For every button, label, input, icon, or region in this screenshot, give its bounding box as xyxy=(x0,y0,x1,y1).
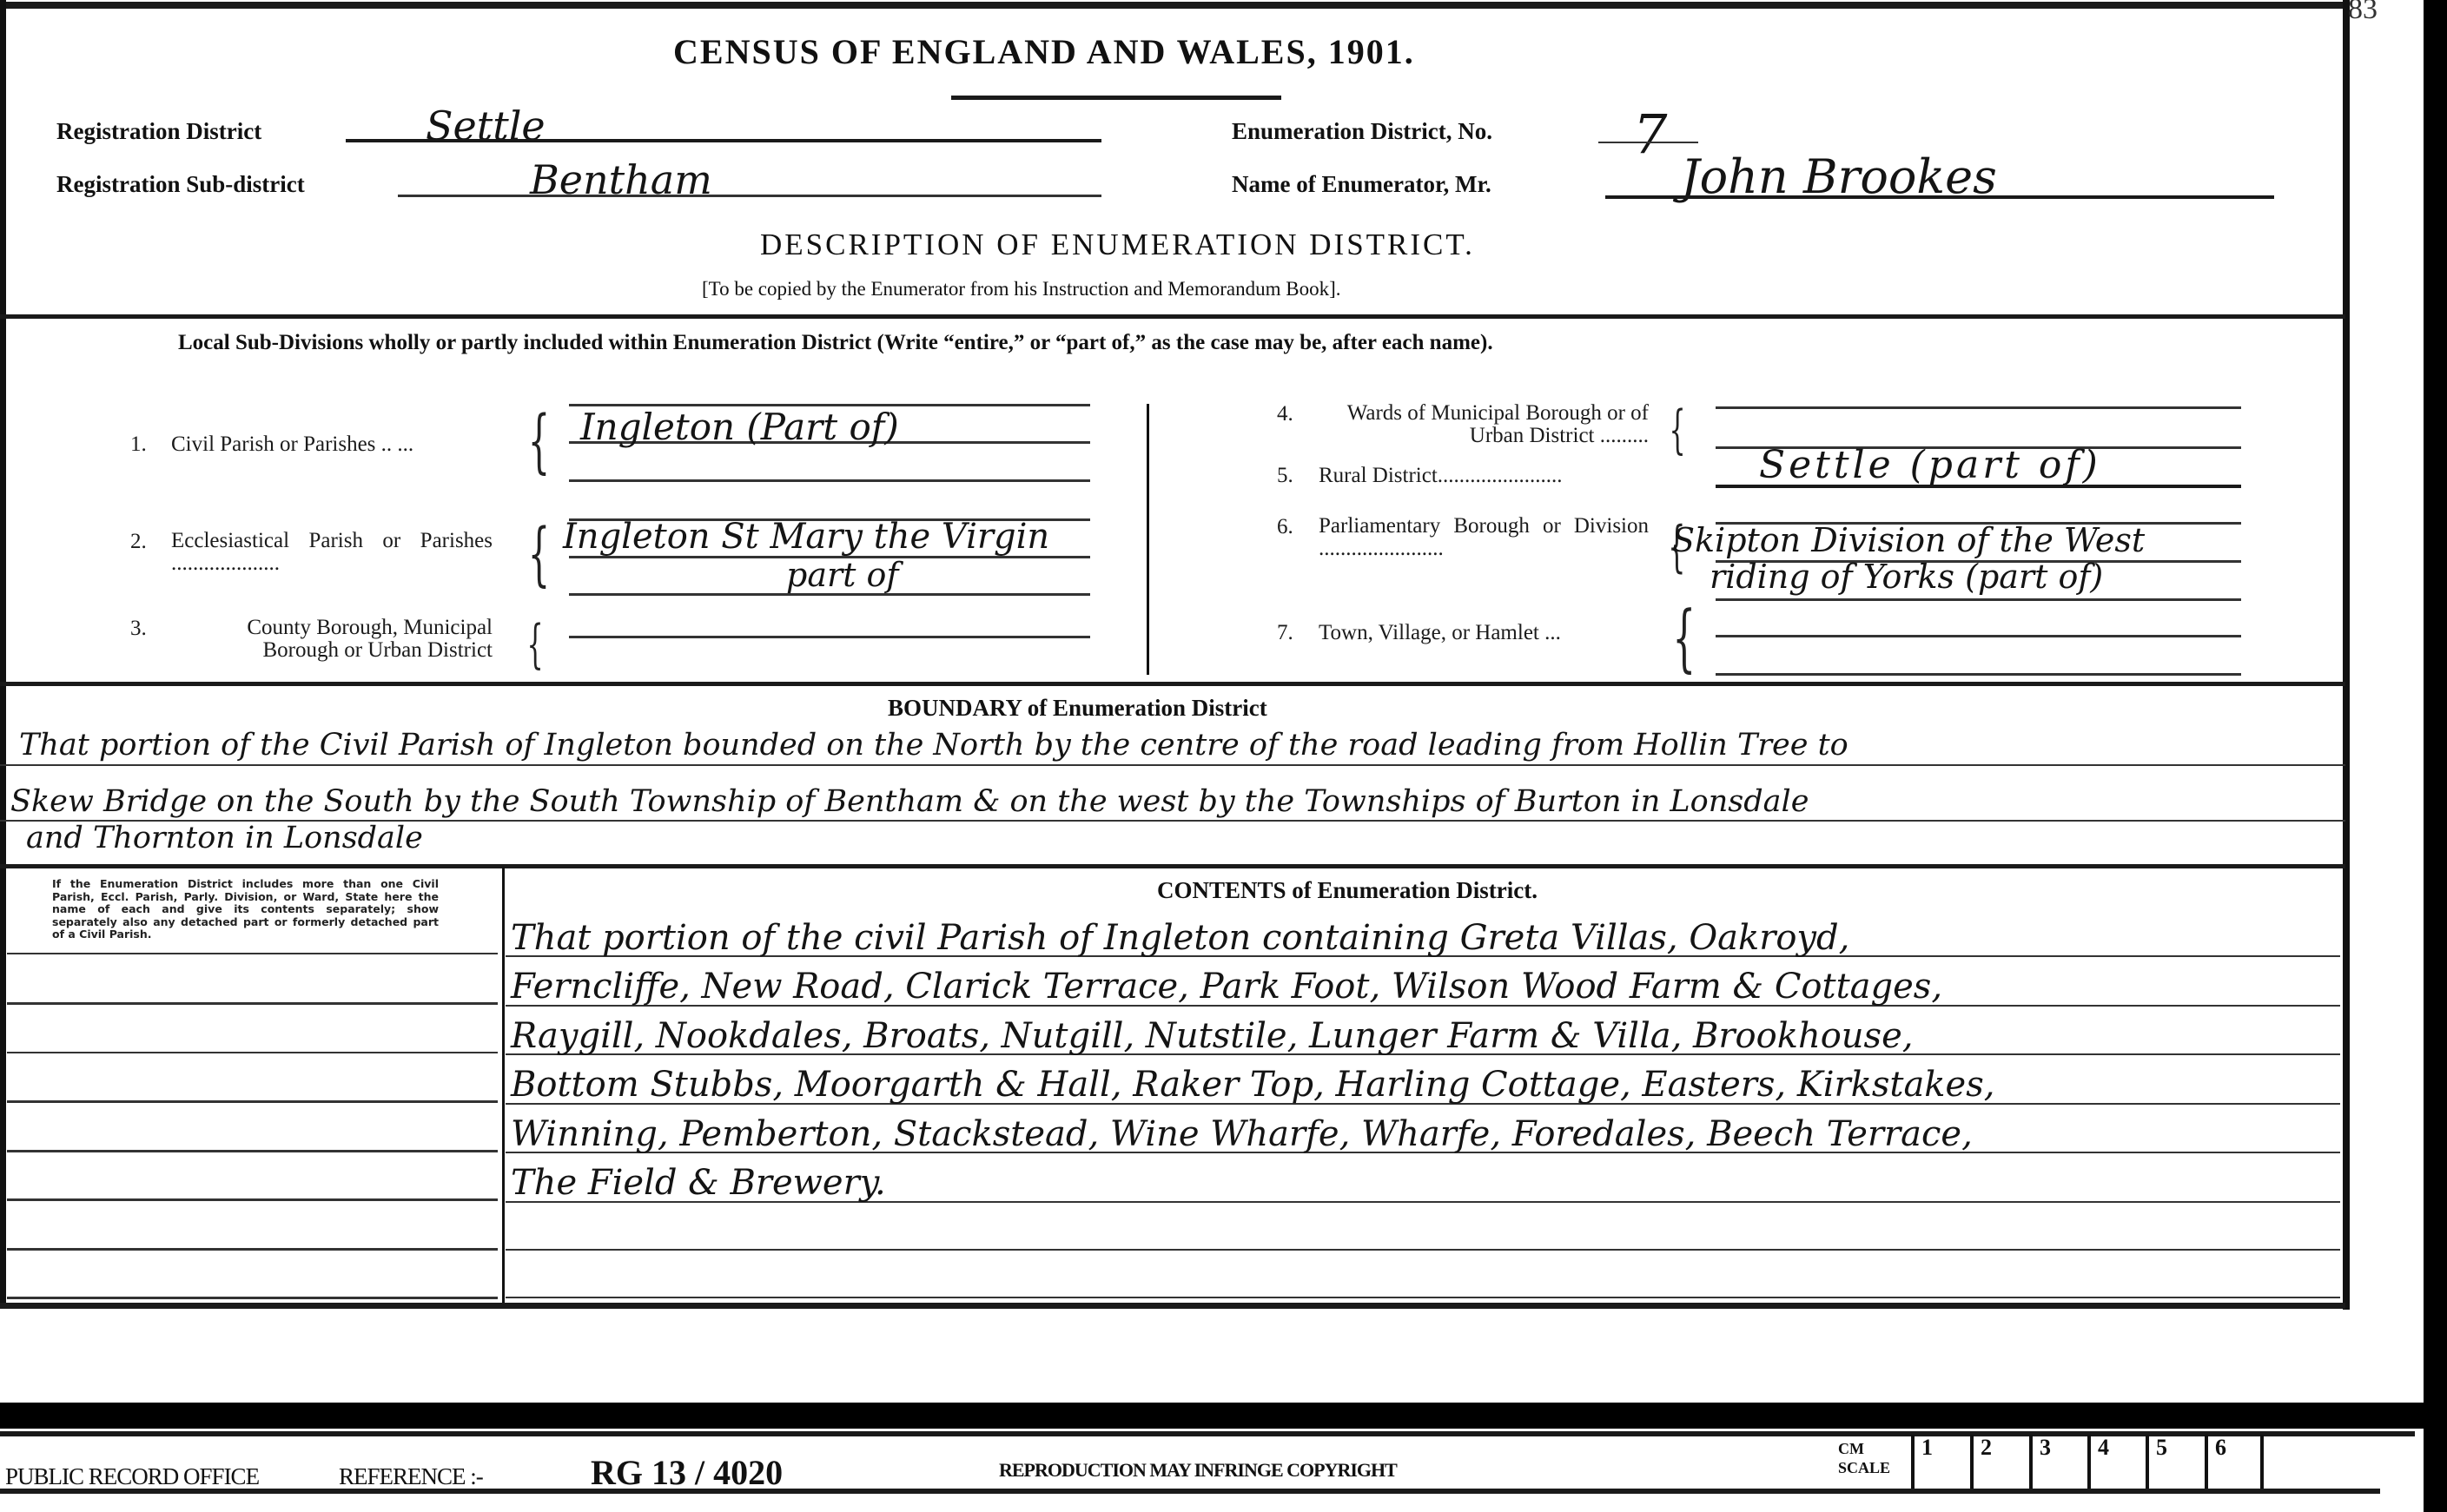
boundary-top-rule xyxy=(0,682,2345,686)
subdivision-label: Town, Village, or Hamlet ... xyxy=(1319,621,1561,645)
census-title: CENSUS OF ENGLAND AND WALES, 1901. xyxy=(673,31,1415,72)
subdivision-number: 7. xyxy=(1277,621,1293,645)
enumerator-label: Name of Enumerator, Mr. xyxy=(1232,171,1491,198)
contents-line-6: The Field & Brewery. xyxy=(511,1163,886,1203)
footer-bottom-rule xyxy=(0,1489,2380,1494)
side-rule xyxy=(7,1002,498,1005)
contents-rule xyxy=(506,1297,2340,1298)
subdivision-number: 3. xyxy=(130,617,147,641)
boundary-heading: BOUNDARY of Enumeration District xyxy=(888,695,1267,722)
side-rule xyxy=(7,1248,498,1251)
footer-copyright: REPRODUCTION MAY INFRINGE COPYRIGHT xyxy=(999,1459,1397,1482)
entry-rule xyxy=(1716,635,2241,637)
scale-tick-2: 2 xyxy=(1970,1435,2029,1489)
side-rule xyxy=(7,1100,498,1103)
contents-line-2: Ferncliffe, New Road, Clarick Terrace, P… xyxy=(511,967,1942,1007)
contents-divider xyxy=(502,867,505,1305)
enumerator-rule xyxy=(1605,195,2274,199)
footer-reference-value: RG 13 / 4020 xyxy=(591,1452,783,1493)
entry-rule xyxy=(1716,598,2241,601)
entry-rule xyxy=(1716,406,2241,409)
scale-tick-1: 1 xyxy=(1911,1435,1970,1489)
entry-rule xyxy=(569,479,1090,482)
brace-icon: { xyxy=(1670,395,1686,465)
boundary-line-1: That portion of the Civil Parish of Ingl… xyxy=(19,728,1848,763)
left-border xyxy=(0,0,6,1307)
registration-district-label: Registration District xyxy=(56,118,261,145)
footer-black-band xyxy=(0,1403,2424,1429)
contents-bottom-rule xyxy=(0,1303,2345,1309)
right-edge-dark xyxy=(2424,0,2447,1512)
boundary-rule xyxy=(0,764,2345,766)
scale-label-scale: SCALE xyxy=(1838,1459,1890,1477)
boundary-line-2: Skew Bridge on the South by the South To… xyxy=(10,784,1809,819)
brace-icon: { xyxy=(528,406,550,476)
subdivisions-divider xyxy=(1147,404,1149,675)
subdivision-label: Rural District....................... xyxy=(1319,464,1563,488)
description-title: DESCRIPTION OF ENUMERATION DISTRICT. xyxy=(760,228,1475,262)
ecclesiastical-parish-value: Ingleton St Mary the Virgin xyxy=(563,517,1049,557)
side-rule xyxy=(7,1052,498,1053)
entry-rule xyxy=(569,636,1090,638)
entry-rule xyxy=(1716,673,2241,676)
ecclesiastical-parish-value-2: part of xyxy=(786,556,898,594)
subdivision-label: County Borough, Municipal Borough or Urb… xyxy=(171,617,493,662)
brace-icon: { xyxy=(1672,603,1696,672)
scale-tick-5: 5 xyxy=(2146,1435,2205,1489)
right-border xyxy=(2343,0,2350,1310)
contents-line-3: Raygill, Nookdales, Broats, Nutgill, Nut… xyxy=(511,1016,1913,1056)
subdivision-number: 6. xyxy=(1277,515,1293,539)
enumeration-district-rule xyxy=(1598,142,1698,143)
subdivision-label: Parliamentary Borough or Division ......… xyxy=(1319,515,1649,560)
contents-side-note: If the Enumeration District includes mor… xyxy=(52,878,439,941)
subdivision-label: Ecclesiastical Parish or Parishes ......… xyxy=(171,530,493,575)
top-border xyxy=(0,2,2345,9)
scale-tick-3: 3 xyxy=(2029,1435,2087,1489)
page-number: 83 xyxy=(2348,0,2378,26)
title-underline xyxy=(951,96,1281,100)
parliamentary-division-value: Skipton Division of the West xyxy=(1672,521,2145,559)
enumeration-district-value: 7 xyxy=(1633,102,1667,166)
subdivision-number: 1. xyxy=(130,432,147,457)
scale-label-cm: CM xyxy=(1838,1440,1864,1458)
footer-reference-label: REFERENCE :- xyxy=(339,1463,483,1490)
rural-district-value: Settle (part of) xyxy=(1759,443,2101,487)
subdivision-number: 5. xyxy=(1277,464,1293,488)
brace-icon: { xyxy=(528,519,550,589)
scale-tick-6: 6 xyxy=(2205,1435,2264,1489)
subdivision-label: Civil Parish or Parishes .. ... xyxy=(171,432,413,457)
subdivisions-top-rule xyxy=(0,314,2345,319)
boundary-line-3: and Thornton in Lonsdale xyxy=(26,821,423,855)
contents-line-4: Bottom Stubbs, Moorgarth & Hall, Raker T… xyxy=(511,1065,1994,1105)
registration-subdistrict-rule xyxy=(398,195,1101,197)
side-rule xyxy=(7,953,498,954)
side-rule xyxy=(7,1150,498,1152)
description-note: [To be copied by the Enumerator from his… xyxy=(702,278,1341,300)
contents-line-5: Winning, Pemberton, Stackstead, Wine Wha… xyxy=(511,1114,1973,1154)
civil-parish-value: Ingleton (Part of) xyxy=(580,406,899,448)
registration-subdistrict-label: Registration Sub-district xyxy=(56,171,305,198)
enumeration-district-label: Enumeration District, No. xyxy=(1232,118,1492,145)
scale-tick-4: 4 xyxy=(2087,1435,2146,1489)
subdivision-number: 4. xyxy=(1277,402,1293,426)
registration-district-rule xyxy=(346,139,1101,142)
contents-heading: CONTENTS of Enumeration District. xyxy=(1157,877,1538,904)
contents-line-1: That portion of the civil Parish of Ingl… xyxy=(511,918,1849,958)
contents-top-rule xyxy=(0,864,2345,868)
subdivisions-heading: Local Sub-Divisions wholly or partly inc… xyxy=(178,331,1493,355)
parliamentary-division-value-2: riding of Yorks (part of) xyxy=(1710,558,2103,596)
contents-rule xyxy=(506,1249,2340,1251)
subdivision-label: Wards of Municipal Borough or of Urban D… xyxy=(1319,402,1649,447)
entry-rule xyxy=(1716,485,2241,488)
brace-icon: { xyxy=(527,610,544,679)
subdivision-number: 2. xyxy=(130,530,147,554)
side-rule xyxy=(7,1198,498,1201)
side-rule xyxy=(7,1297,498,1299)
footer-office: PUBLIC RECORD OFFICE xyxy=(5,1463,259,1490)
